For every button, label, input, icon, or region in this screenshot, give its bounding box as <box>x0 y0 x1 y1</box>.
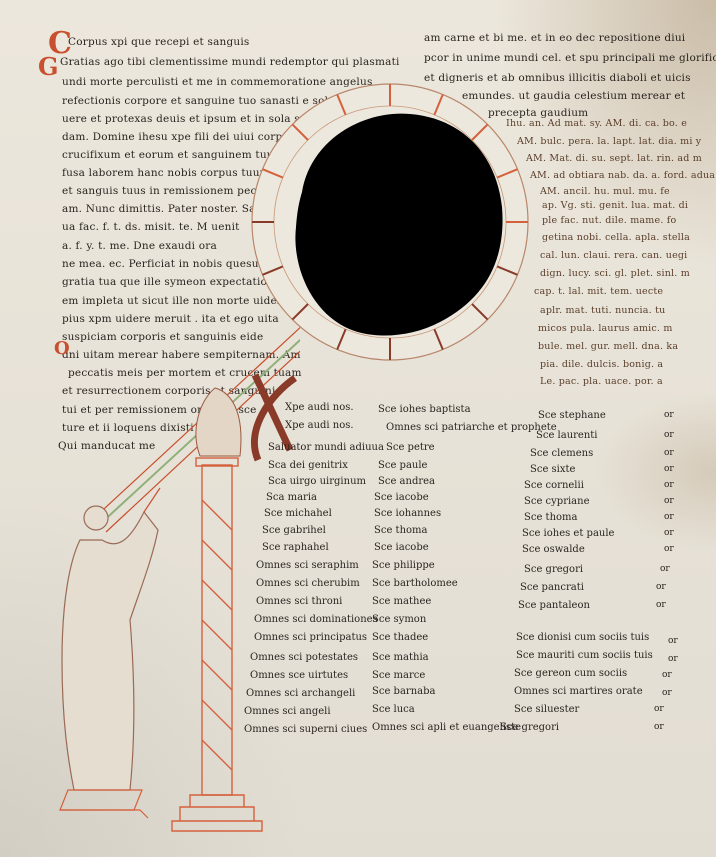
litany-col3-item: Sce laurenti <box>536 430 598 441</box>
note-line: cap. t. lal. mit. tem. uecte <box>534 286 663 297</box>
litany-col2-item: Omnes sci apli et euangeliste <box>372 722 521 733</box>
litany-col3-item: Sce clemens <box>530 448 593 459</box>
response-ora: or <box>662 688 672 698</box>
litany-col1-item: Omnes sci seraphim <box>256 560 359 571</box>
response-ora: or <box>668 636 678 646</box>
note-line: cal. lun. claui. rera. can. uegi <box>540 250 687 261</box>
note-line: AM. ancil. hu. mul. mu. fe <box>540 186 670 197</box>
response-ora: or <box>664 464 674 474</box>
litany-col1-item: Omnes sce uirtutes <box>250 670 348 681</box>
litany-col3-item: Sce cornelii <box>524 480 584 491</box>
response-ora: or <box>664 410 674 420</box>
response-ora: or <box>662 670 672 680</box>
litany-col3-item: Omnes sci martires orate <box>514 686 643 697</box>
text-line: a. f. y. t. me. Dne exaudi ora <box>62 240 217 252</box>
litany-col2-item: Sce luca <box>372 704 415 715</box>
note-line: aplr. mat. tuti. nuncia. tu <box>540 305 665 316</box>
litany-col2-item: Sce petre <box>386 442 435 453</box>
litany-col3-item: Sce siluester <box>514 704 579 715</box>
litany-col1-item: Omnes sci potestates <box>250 652 358 663</box>
note-line: AM. bulc. pera. la. lapt. lat. dia. mi y <box>517 136 701 147</box>
litany-col1-item: Omnes sci dominationes <box>254 614 378 625</box>
response-ora: or <box>656 600 666 610</box>
initial-g: G <box>38 52 59 81</box>
litany-col2-item: Sce marce <box>372 670 425 681</box>
litany-col2-item: Sce symon <box>372 614 426 625</box>
litany-col2-item: Sce iohes baptista <box>378 404 471 415</box>
response-ora: or <box>664 528 674 538</box>
text-line: pcor in unime mundi cel. et spu principa… <box>424 52 716 64</box>
response-ora: or <box>654 722 664 732</box>
litany-col3-item: Sce oswalde <box>522 544 585 555</box>
litany-col3-item: Sce sixte <box>530 464 575 475</box>
text-line: Gratias ago tibi clementissime mundi red… <box>60 56 400 68</box>
litany-col3-item: Sce dionisi cum sociis tuis <box>516 632 649 643</box>
response-ora: or <box>664 448 674 458</box>
response-ora: or <box>654 704 664 714</box>
text-line: am. Nunc dimittis. Pater noster. Sal <box>62 203 259 215</box>
litany-col2-item: Sce paule <box>378 460 427 471</box>
litany-col3-item: Sce pantaleon <box>518 600 590 611</box>
litany-col2-item: Sce iacobe <box>374 492 429 503</box>
litany-col2-item: Omnes sci patriarche et prophete <box>386 422 557 433</box>
note-line: AM. ad obtiara nab. da. a. ford. adua <box>530 170 715 181</box>
litany-intro: Xpe audi nos. <box>285 420 354 431</box>
litany-intro: Xpe audi nos. <box>285 402 354 413</box>
litany-col3-item: Sce gregori <box>500 722 559 733</box>
litany-col1-item: Sca uirgo uirginum <box>268 476 366 487</box>
note-line: ap. Vg. sti. genit. lua. mat. di <box>542 200 688 211</box>
note-line: pia. dile. dulcis. bonig. a <box>540 359 663 370</box>
litany-col2-item: Sce iacobe <box>374 542 429 553</box>
litany-col3-item: Sce gereon cum sociis <box>514 668 627 679</box>
litany-col2-item: Sce mathee <box>372 596 431 607</box>
litany-col3-item: Sce gregori <box>524 564 583 575</box>
litany-col1-item: Sca maria <box>266 492 317 503</box>
manuscript-page: C G Corpus xpi que recepi et sanguis Gra… <box>0 0 716 857</box>
litany-col2-item: Sce barnaba <box>372 686 435 697</box>
litany-col3-item: Sce iohes et paule <box>522 528 614 539</box>
litany-col1-item: Saluator mundi adiuua <box>268 442 384 453</box>
note-line: dign. lucy. sci. gl. plet. sinl. m <box>540 268 690 279</box>
litany-col3-item: Sce stephane <box>538 410 606 421</box>
note-line: bule. mel. gur. mell. dna. ka <box>538 341 678 352</box>
response-ora: or <box>668 654 678 664</box>
note-line: Le. pac. pla. uace. por. a <box>540 376 663 387</box>
litany-col1-item: Omnes sci principatus <box>254 632 367 643</box>
text-line: gratia tua que ille symeon expectatio <box>62 276 267 288</box>
litany-col3-item: Sce mauriti cum sociis tuis <box>516 650 653 661</box>
litany-col2-item: Sce mathia <box>372 652 429 663</box>
litany-col1-item: Omnes sci archangeli <box>246 688 355 699</box>
note-line: getina nobi. cella. apla. stella <box>542 232 690 243</box>
litany-col1-item: Sce gabrihel <box>262 525 326 536</box>
response-ora: or <box>664 430 674 440</box>
litany-col2-item: Sce bartholomee <box>372 578 458 589</box>
litany-col1-item: Omnes sci superni ciues <box>244 724 367 735</box>
litany-col2-item: Sce andrea <box>378 476 435 487</box>
text-line: am carne et bi me. et in eo dec repositi… <box>424 32 685 44</box>
litany-col2-item: Sce iohannes <box>374 508 441 519</box>
litany-col3-item: Sce cypriane <box>524 496 590 507</box>
litany-col1-item: Omnes sci cherubim <box>256 578 360 589</box>
text-line: ne mea. ec. Perficiat in nobis quesumus <box>62 258 281 270</box>
text-line: ua fac. f. t. ds. misit. te. M uenit <box>62 221 240 233</box>
litany-col2-item: Sce thoma <box>374 525 427 536</box>
litany-col2-item: Sce thadee <box>372 632 428 643</box>
response-ora: or <box>656 582 666 592</box>
text-line: Corpus xpi que recepi et sanguis <box>68 36 250 48</box>
litany-col1-item: Sca dei genitrix <box>268 460 348 471</box>
litany-col1-item: Omnes sci angeli <box>244 706 331 717</box>
litany-col3-item: Sce thoma <box>524 512 577 523</box>
note-line: AM. Mat. di. su. sept. lat. rin. ad m <box>526 153 702 164</box>
note-line: Ihu. an. Ad mat. sy. AM. di. ca. bo. e <box>506 118 687 129</box>
response-ora: or <box>660 564 670 574</box>
response-ora: or <box>664 480 674 490</box>
note-line: micos pula. laurus amic. m <box>538 323 673 334</box>
litany-col1-item: Sce raphahel <box>262 542 329 553</box>
litany-col2-item: Sce philippe <box>372 560 435 571</box>
response-ora: or <box>664 512 674 522</box>
response-ora: or <box>664 496 674 506</box>
litany-col1-item: Omnes sci throni <box>256 596 342 607</box>
litany-col3-item: Sce pancrati <box>520 582 584 593</box>
note-line: ple fac. nut. dile. mame. fo <box>542 215 676 226</box>
litany-col1-item: Sce michahel <box>264 508 332 519</box>
response-ora: or <box>664 544 674 554</box>
